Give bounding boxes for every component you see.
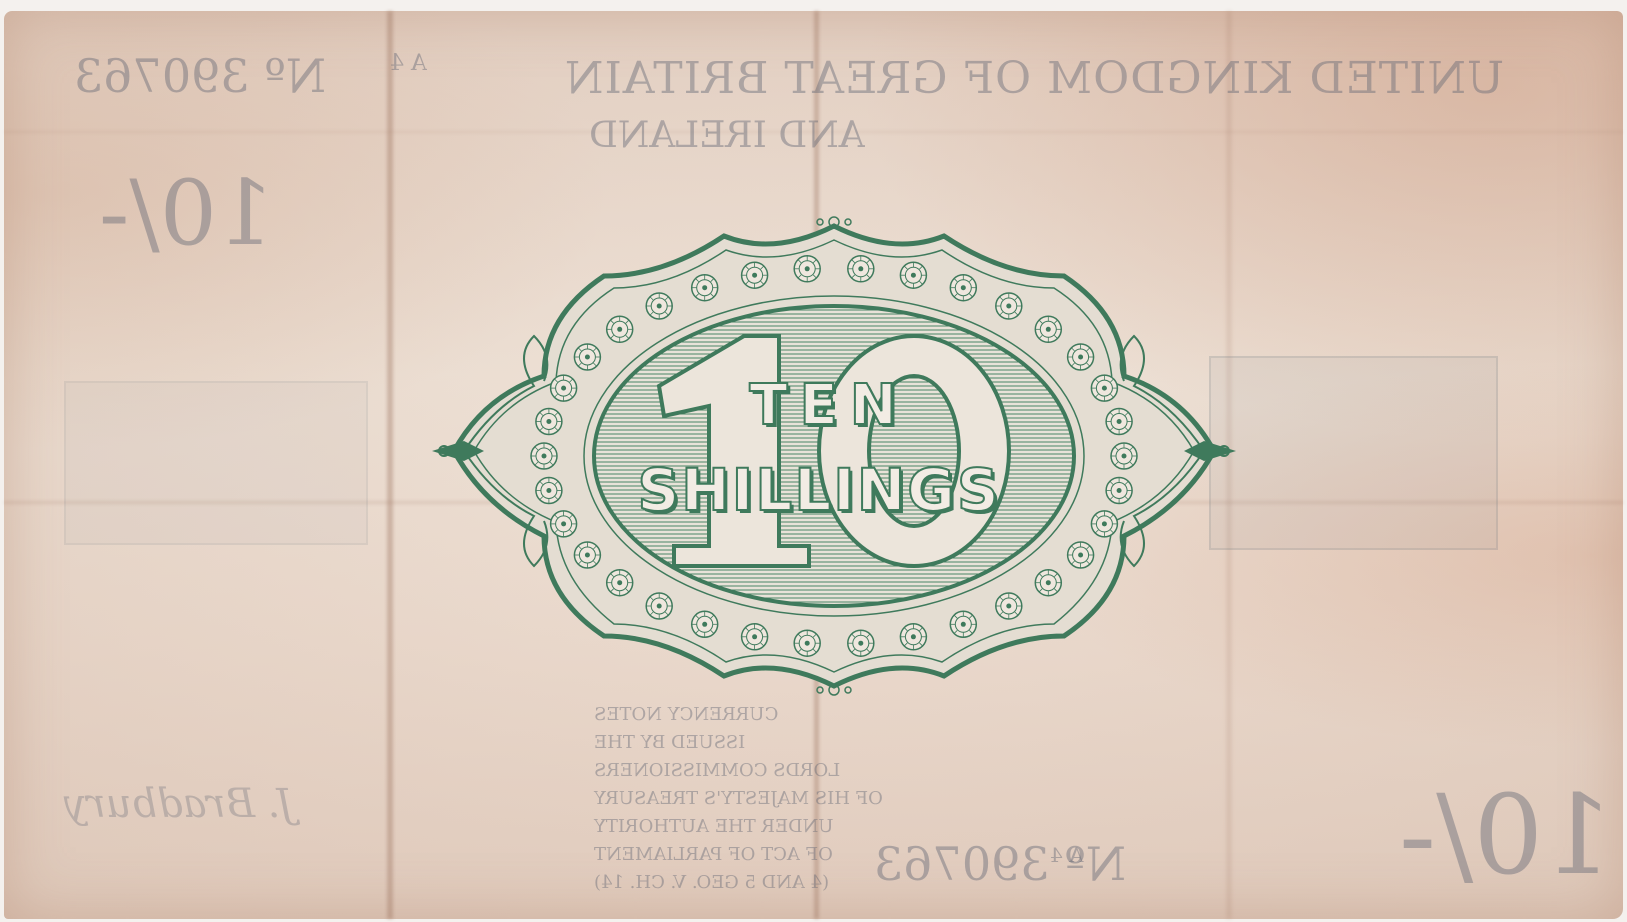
denomination-word-shillings: SHILLINGS xyxy=(609,456,1029,524)
show-through-prefix-top: A 4 xyxy=(390,53,427,75)
show-through-subtitle: AND IRELAND xyxy=(589,115,865,156)
show-through-legal-text: CURRENCY NOTES ISSUED BY THE LORDS COMMI… xyxy=(594,701,883,897)
show-through-serial-top: Nº 390763 xyxy=(74,49,326,103)
show-through-signature: J. Bradbury xyxy=(64,781,293,827)
show-through-panel xyxy=(64,381,368,545)
show-through-prefix-bottom: A 4 xyxy=(1050,844,1084,866)
show-through-denomination-top: 10/- xyxy=(99,161,274,266)
denomination-word-ten: TEN xyxy=(719,373,939,438)
show-through-title: UNITED KINGDOM OF GREAT BRITAIN xyxy=(564,53,1504,104)
fold-crease xyxy=(387,11,393,919)
show-through-denomination-bottom: 10/- xyxy=(1399,771,1613,899)
show-through-serial-bottom: Nº 390763 xyxy=(874,837,1126,891)
banknote: UNITED KINGDOM OF GREAT BRITAIN AND IREL… xyxy=(4,11,1623,919)
show-through-panel xyxy=(1209,356,1498,550)
